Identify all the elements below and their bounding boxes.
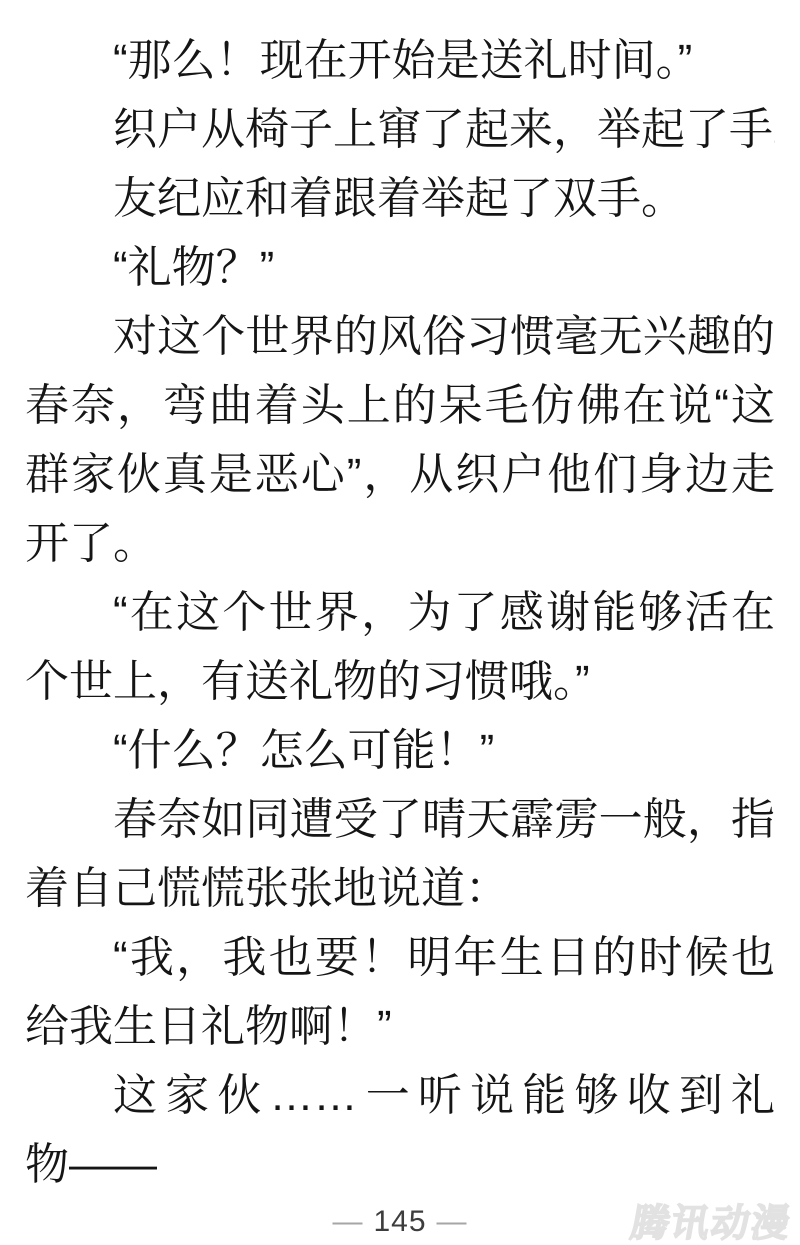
text-line: “那么！现在开始是送礼时间。”	[25, 26, 775, 95]
footer-dash-left: —	[332, 1205, 363, 1238]
text-line: 给我生日礼物啊！”	[25, 992, 775, 1061]
text-line: 物——	[25, 1130, 775, 1199]
text-line: 春奈，弯曲着头上的呆毛仿佛在说“这	[25, 371, 775, 440]
page-number: 145	[373, 1205, 426, 1238]
text-line: “在这个世界，为了感谢能够活在这	[25, 578, 775, 647]
novel-text-block: “那么！现在开始是送礼时间。” 织户从椅子上窜了起来，举起了手。 友纪应和着跟着…	[25, 26, 775, 1199]
text-line: “什么？怎么可能！”	[25, 716, 775, 785]
footer-dash-right: —	[437, 1205, 468, 1238]
text-line: “我，我也要！明年生日的时候也要	[25, 923, 775, 992]
text-line: 开了。	[25, 509, 775, 578]
text-line: 个世上，有送礼物的习惯哦。”	[25, 647, 775, 716]
text-line: 春奈如同遭受了晴天霹雳一般，指	[25, 785, 775, 854]
text-line: 织户从椅子上窜了起来，举起了手。	[25, 95, 775, 164]
text-line: 这家伙……一听说能够收到礼	[25, 1061, 775, 1130]
text-line: 友纪应和着跟着举起了双手。	[25, 164, 775, 233]
text-line: 对这个世界的风俗习惯毫无兴趣的	[25, 302, 775, 371]
text-line: 着自己慌慌张张地说道：	[25, 854, 775, 923]
text-line: “礼物？”	[25, 233, 775, 302]
watermark-tencent-comics: 腾讯动漫	[627, 1192, 797, 1245]
text-line: 群家伙真是恶心”，从织户他们身边走	[25, 440, 775, 509]
